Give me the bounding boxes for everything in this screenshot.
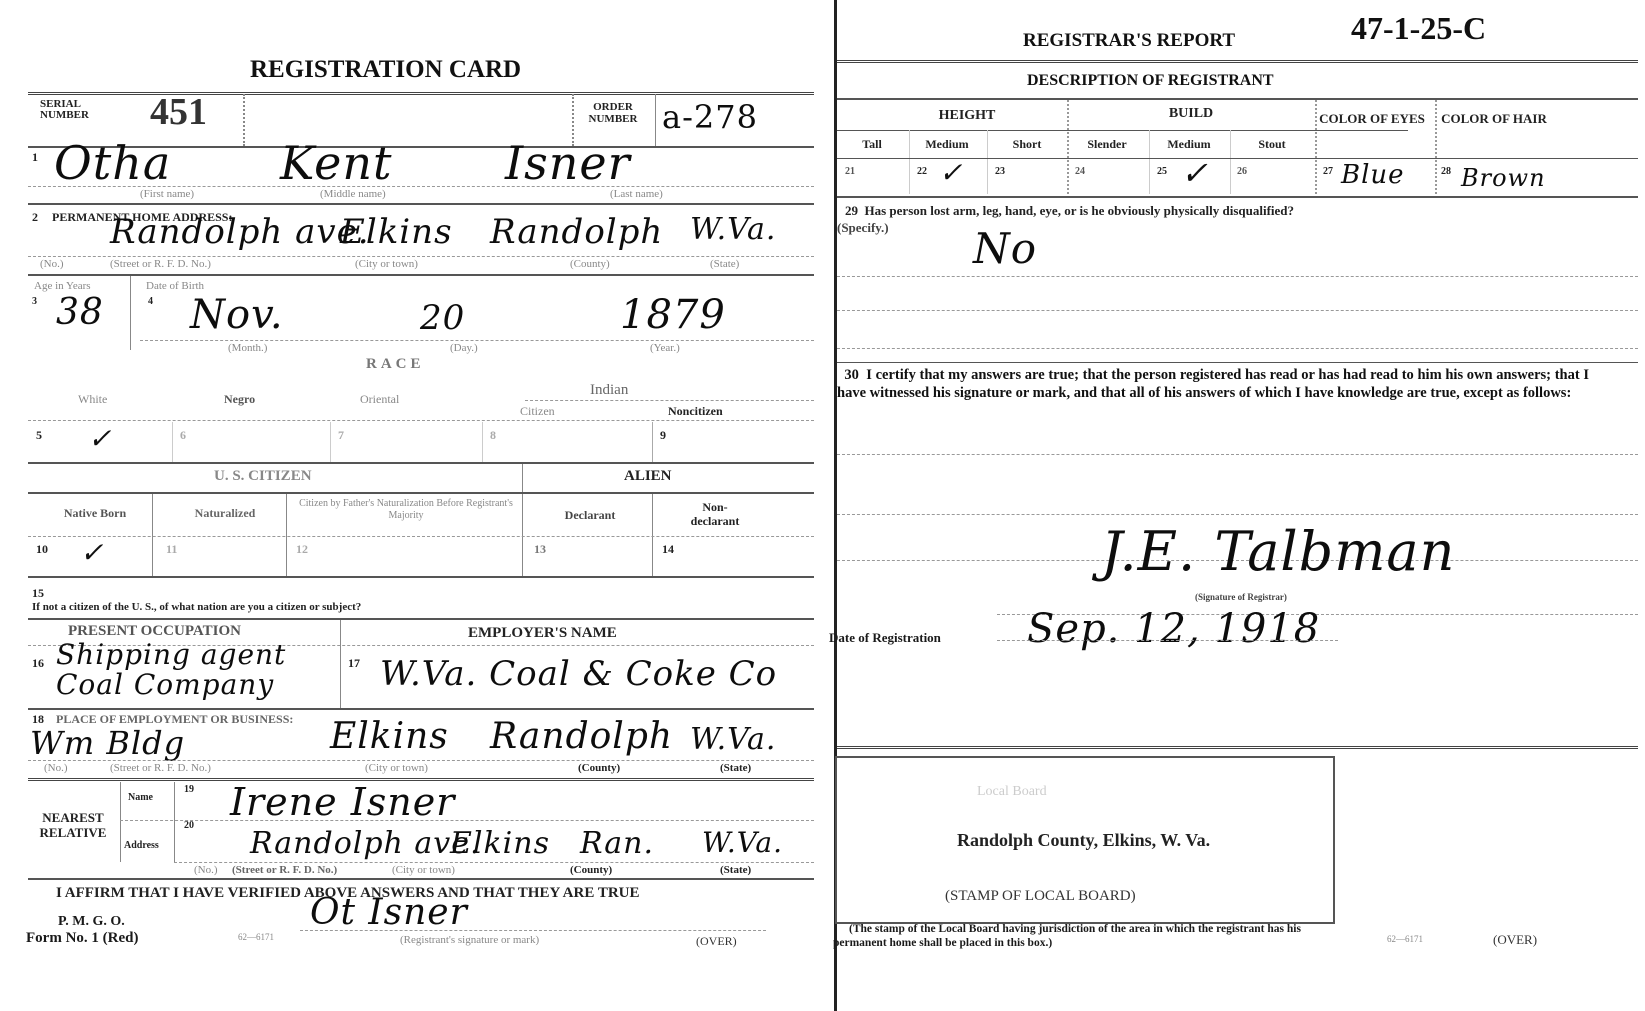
- order-number-label: ORDER NUMBER: [578, 101, 648, 125]
- height-medium-checkbox: ✓: [939, 156, 962, 190]
- date-of-registration-label: Date of Registration: [829, 630, 941, 646]
- relative-state: W.Va.: [702, 826, 783, 859]
- eyes-heading: COLOR OF EYES: [1317, 112, 1427, 126]
- relative-county: Ran.: [580, 826, 654, 861]
- over-label: (OVER): [696, 934, 737, 949]
- form-number: Form No. 1 (Red): [26, 930, 138, 947]
- relative-name: Irene Isner: [230, 780, 455, 824]
- last-name: Isner: [505, 136, 631, 190]
- employment-state: W.Va.: [690, 722, 776, 757]
- date-of-registration: Sep. 12, 1918: [1027, 606, 1320, 652]
- field-29-answer: No: [973, 224, 1037, 273]
- registrar-signature: J.E. Talbman: [1101, 520, 1455, 583]
- height-heading: HEIGHT: [877, 108, 1057, 124]
- eye-color: Blue: [1341, 160, 1405, 190]
- stamp-note: (The stamp of the Local Board having jur…: [833, 922, 1333, 950]
- over-label-right: (OVER): [1493, 932, 1537, 948]
- race-white-checkbox: ✓: [88, 422, 111, 456]
- registrant-signature: Ot Isner: [310, 892, 468, 933]
- indian-label: Indian: [590, 382, 628, 399]
- relative-city: Elkins: [450, 826, 550, 861]
- race-heading: RACE: [366, 356, 425, 373]
- relative-street: Randolph ave.: [250, 826, 481, 861]
- birth-day: 20: [420, 298, 465, 338]
- stamp-text: Randolph County, Elkins, W. Va.: [957, 830, 1210, 851]
- employer-name: W.Va. Coal & Coke Co: [380, 654, 777, 694]
- field-29-question: 29 Has person lost arm, leg, hand, eye, …: [845, 203, 1294, 219]
- description-heading: DESCRIPTION OF REGISTRANT: [1027, 72, 1274, 90]
- registrars-report: REGISTRAR'S REPORT 47-1-25-C DESCRIPTION…: [834, 0, 1645, 1011]
- serial-number: 451: [150, 90, 207, 134]
- birth-year: 1879: [620, 292, 726, 338]
- nearest-relative-label: NEAREST RELATIVE: [28, 810, 118, 840]
- registration-card: REGISTRATION CARD SERIAL NUMBER 451 ORDE…: [0, 0, 826, 1011]
- form-agency: P. M. G. O.: [58, 914, 125, 930]
- middle-name: Kent: [280, 136, 392, 190]
- age: 38: [56, 292, 104, 333]
- home-city: Elkins: [340, 212, 453, 252]
- employment-city: Elkins: [330, 716, 449, 757]
- hair-heading: COLOR OF HAIR: [1439, 112, 1549, 126]
- occupation-line-1: Shipping agent: [56, 640, 286, 670]
- home-street: Randolph ave.: [110, 212, 370, 252]
- birth-month: Nov.: [190, 292, 284, 338]
- card-title: REGISTRATION CARD: [250, 56, 521, 84]
- home-county: Randolph: [490, 212, 663, 252]
- file-code: 47-1-25-C: [1351, 10, 1486, 47]
- report-title: REGISTRAR'S REPORT: [1023, 30, 1235, 52]
- occupation-line-2: Coal Company: [56, 670, 274, 700]
- hair-color: Brown: [1461, 164, 1546, 192]
- build-medium-checkbox: ✓: [1181, 154, 1208, 192]
- employment-county: Randolph: [490, 716, 673, 757]
- field-30-certification: 30 I certify that my answers are true; t…: [837, 366, 1589, 402]
- employment-street: Wm Bldg: [30, 724, 185, 762]
- home-state: W.Va.: [690, 212, 776, 247]
- first-name: Otha: [54, 136, 171, 190]
- alien-heading: ALIEN: [624, 468, 672, 485]
- us-citizen-heading: U. S. CITIZEN: [214, 468, 312, 485]
- employer-heading: EMPLOYER'S NAME: [468, 625, 617, 642]
- stamp-label: (STAMP OF LOCAL BOARD): [945, 888, 1136, 905]
- native-born-checkbox: ✓: [80, 536, 103, 570]
- field-15-question: If not a citizen of the U. S., of what n…: [32, 601, 361, 613]
- order-number: a-278: [662, 98, 758, 136]
- build-heading: BUILD: [1067, 106, 1315, 122]
- serial-number-label: SERIAL NUMBER: [40, 99, 110, 121]
